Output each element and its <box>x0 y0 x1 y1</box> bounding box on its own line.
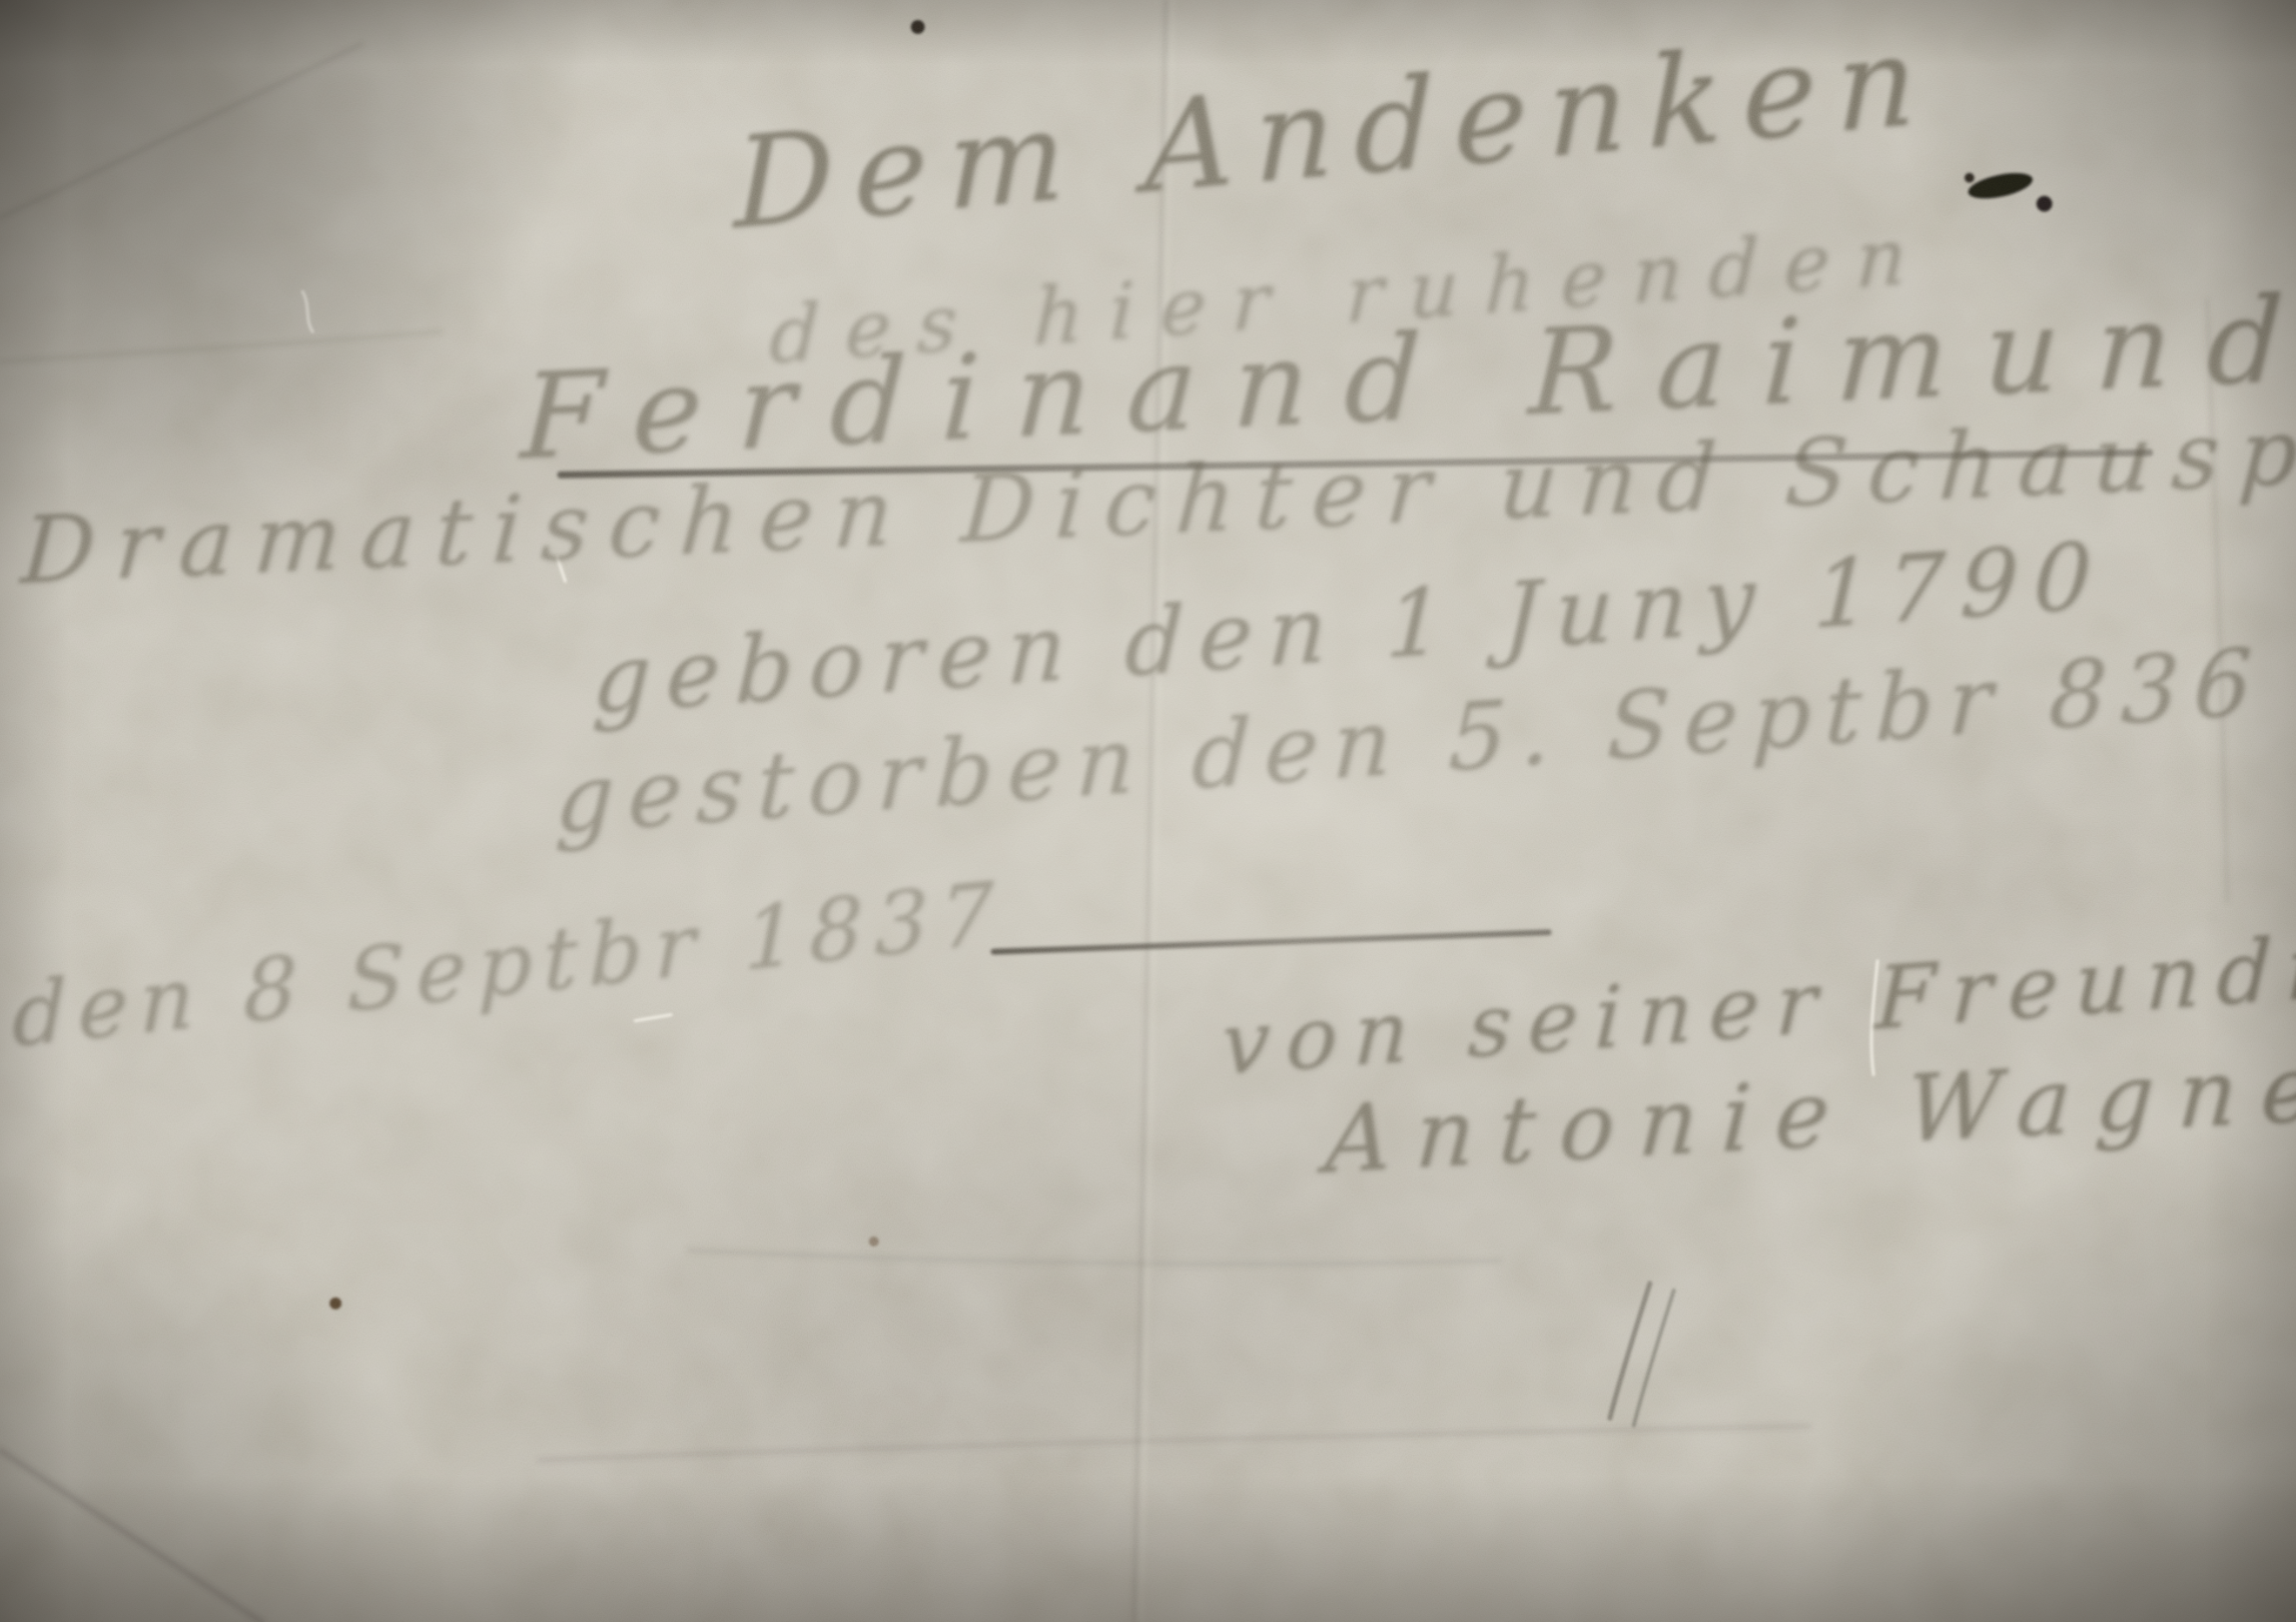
bottom-horizontal-crease <box>539 1426 1810 1460</box>
brown-speck <box>330 1297 342 1309</box>
bottom-left-diagonal-crease <box>0 1450 262 1622</box>
double-slash-mark <box>1634 1290 1674 1425</box>
divider-rule <box>991 929 1552 955</box>
ink-dot-small <box>1964 173 1974 183</box>
faint-speck <box>869 1236 879 1246</box>
left-horizontal-crease <box>0 332 441 362</box>
dedication-line: Dem Andenken <box>734 7 1935 258</box>
inscription-date-line: den 8 Septbr 1837 <box>12 863 1005 1068</box>
top-speck <box>911 20 925 34</box>
white-scratch <box>635 1015 671 1021</box>
white-scratch <box>303 292 313 332</box>
lower-middle-crease <box>689 1250 1500 1264</box>
ink-dot <box>2036 196 2052 212</box>
top-left-diagonal-crease <box>0 44 362 218</box>
photographed-manuscript: Dem Andenken des hier ruhenden Ferdinand… <box>0 0 2296 1622</box>
double-slash-mark <box>1610 1283 1650 1418</box>
ink-blot <box>1965 168 2034 203</box>
